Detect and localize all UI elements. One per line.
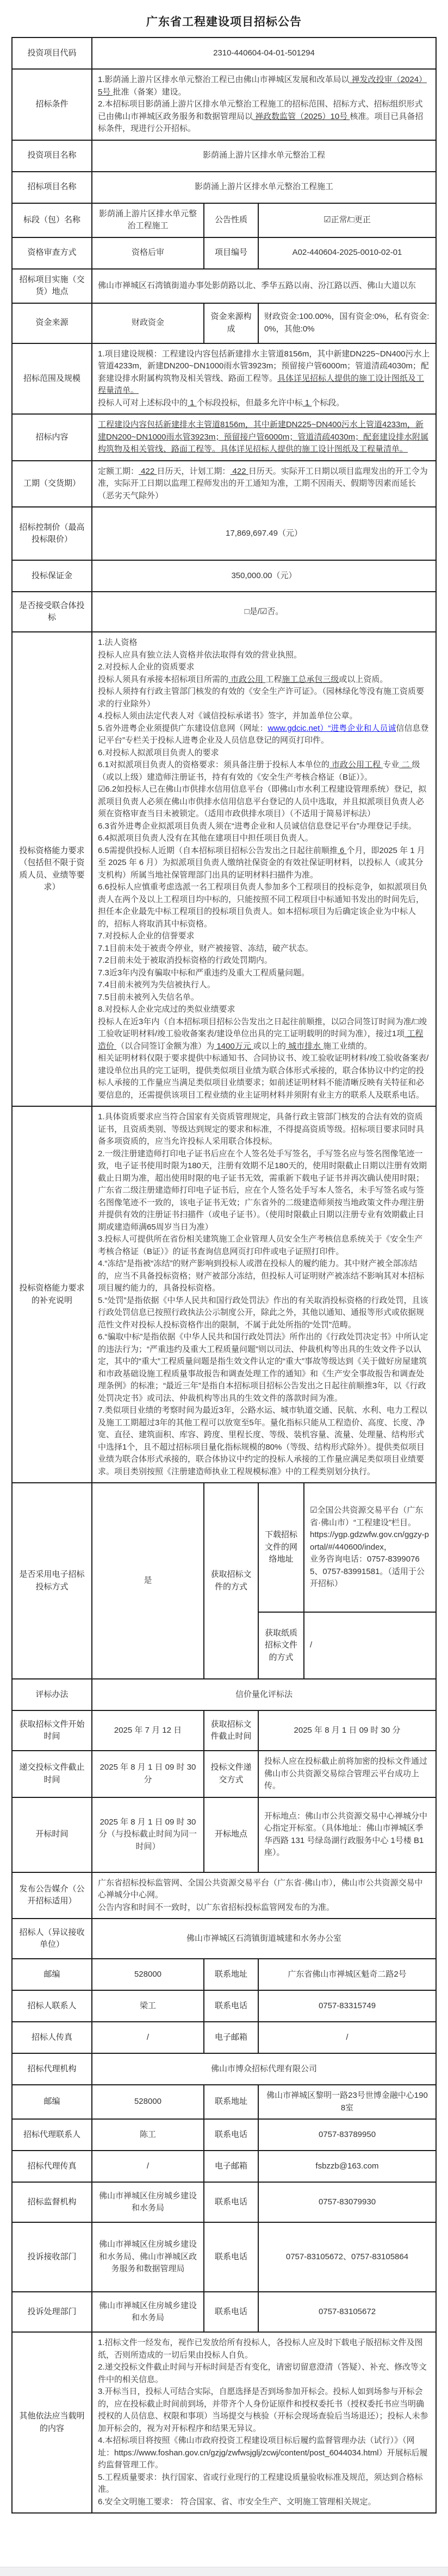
label-project-number: 项目编号 [204, 237, 258, 269]
label-other-contents: 其他依法应当载明的内容 [12, 2332, 92, 2513]
table-row: 招标代理联系人 陈工 联系电话 0757-83789950 [12, 2119, 436, 2151]
text-segment: ☑全国公共资源交易平台（广东省·佛山市）“工程建设”栏目。 [310, 1506, 423, 1527]
table-row: 投诉处理部门 佛山市禅城区住房城乡建设和水务局 联系电话 0757-831056… [12, 2292, 436, 2332]
table-row: 招标内容 工程建设内容包括新建排水主管道8156m，其中新建DN225~DN40… [12, 414, 436, 461]
table-row: 开标时间 2025 年 8 月 1 日 09 时 30 分（与投标截止时间为同一… [12, 1797, 436, 1872]
table-row: 招标项目实施（交货）地点 佛山市禅城区石湾镇街道办事处影荫路以北、季华五路以南、… [12, 269, 436, 303]
label-agency-contact: 招标代理联系人 [12, 2119, 92, 2151]
text-segment: 施工业绩的。 [323, 1042, 372, 1051]
value-project-number: A02-440604-2025-0010-02-01 [258, 237, 436, 269]
text-segment: 专业 [383, 760, 399, 769]
text-segment: 投标人在近3年内（自本招标项目招标公告发出之日起往前顺推，以☑合同签订时间为准/… [98, 1017, 427, 1039]
value-tenderer-postcode: 528000 [92, 1959, 204, 1990]
value-complaint-handler-phone: 0757-83105672 [258, 2292, 436, 2332]
label-bid-opening-time: 开标时间 [12, 1797, 92, 1872]
label-bid-submit-method: 投标文件递交方式 [204, 1751, 258, 1797]
value-tenderer: 佛山市禅城区石湾镇街道城建和水务办公室 [92, 1919, 436, 1959]
text-segment: 工程建设内容包括新建排水主管道8156m，其中新建DN225~DN400污水上管… [98, 420, 428, 454]
text-segment: 5.省外进粤企业须提供广东建设信息网（网址： [98, 724, 268, 733]
value-doc-obtain-start: 2025 年 7 月 12 日 [92, 1710, 204, 1751]
text-segment: 或以上资质。 [339, 675, 388, 684]
label-location: 招标项目实施（交货）地点 [12, 269, 92, 303]
table-row: 邮编 528000 联系地址 佛山市禅城区黎明一路23号世博金融中心1908室 [12, 2085, 436, 2119]
text-segment: 批准（备案）建设。 [113, 87, 186, 97]
label-notice-nature: 公告性质 [204, 203, 258, 237]
inline-link[interactable]: www.gdcic.net）“进粤企业和人员诚 [268, 724, 396, 733]
value-scope: 1.项目建设规模：工程建设内容包括新建排水主管道8156m，其中新建DN225~… [92, 343, 436, 415]
label-complaint-handler-phone: 联系电话 [204, 2292, 258, 2332]
text-segment: 公告内容和时间不一致时，以广东省招标投标监管网发布的为准。 [98, 1903, 334, 1912]
value-agency: 佛山市博众招标代理有限公司 [92, 2053, 436, 2085]
label-evaluation-method: 评标办法 [12, 1679, 92, 1710]
value-announcement-media: 广东省招标投标监管网、全国公共资源交易平台（广东省·佛山市），佛山市公共资源交易… [92, 1872, 436, 1919]
text-segment: 相关证明材料仅限于要求提供中标通知书、合同协议书、竣工验收证明材料/竣工验收备案… [98, 1054, 428, 1100]
text-segment: 投标人须持有行政主管部门核发的有效的《安全生产许可证》。（园林绿化等没有施工资质… [98, 687, 424, 709]
text-segment: 1.招标文件一经发布，视作已发放给所有投标人，各投标人应及时下载电子版招标文件及… [98, 2338, 423, 2360]
label-consortium: 是否接受联合体投标 [12, 592, 92, 632]
label-scope: 招标范围及规模 [12, 343, 92, 415]
tender-announcement-table: 投资项目代码 2310-440604-04-01-501294 招标条件 1.影… [11, 37, 437, 2514]
label-tenderer-phone: 联系电话 [204, 1990, 258, 2022]
text-segment: 个标段投标，但最多允许中标 [197, 398, 303, 408]
table-row: 招标人（异议接收单位） 佛山市禅城区石湾镇街道城建和水务办公室 [12, 1919, 436, 1959]
text-segment: 工程 [265, 675, 282, 684]
value-control-price: 17,869,697.49（元） [92, 507, 436, 560]
value-tenderer-address: 广东省佛山市禅城区魁奇二路2号 [258, 1959, 436, 1990]
label-electronic-bidding: 是否采用电子招标投标方式 [12, 1483, 92, 1679]
table-row: 评标办法 信价量化评标法 [12, 1679, 436, 1710]
label-agency-phone: 联系电话 [204, 2119, 258, 2151]
label-complaint-receiver: 投诉接收部门 [12, 2222, 92, 2292]
text-segment: 4.本招标项目将按照《佛山市政府投资工程建设项目标后履约监督管理办法（试行）》（… [98, 2436, 428, 2470]
text-segment: 2.递交投标文件截止时间与开标时间是否有变化，请密切留意澄清（答疑）、补充、修改… [98, 2362, 427, 2384]
value-agency-contact: 陈工 [92, 2119, 204, 2151]
label-obtain-method: 获取招标文件的方式 [204, 1483, 258, 1679]
value-fund-source: 财政资金 [92, 303, 204, 343]
table-row: 投标资格能力要求（包括但不限于资质人员、业绩等要求） 1.法人资格投标人应具有独… [12, 632, 436, 1106]
value-complaint-receiver-phone: 0757-83105672、0757-83105864 [258, 2222, 436, 2292]
text-segment: 1.具体资质要求应当符合国家有关资质管理规定，具备行政主管部门核发的合法有效的资… [98, 1112, 424, 1146]
value-evaluation-method: 信价量化评标法 [92, 1679, 436, 1710]
value-bid-submit-deadline: 2025 年 8 月 1 日 09 时 30 分 [92, 1751, 204, 1797]
table-row: 招标代理传真 / 电子邮箱 fsbzzb@163.com [12, 2151, 436, 2182]
value-fund-composition: 财政资金:100.00%，国有资金:0%，私有资金:0%，其他:0% [258, 303, 436, 343]
value-bid-bond: 350,000.00（元） [92, 560, 436, 592]
value-qualification-notes: 1.具体资质要求应当符合国家有关资质管理规定，具备行政主管部门核发的合法有效的资… [92, 1106, 436, 1483]
table-row: 投资项目名称 影荫涌上游片区排水单元整治工程 [12, 140, 436, 172]
text-segment: 7.类似项目业绩的考察时间为最近3年，公路水运、城市轨道交通、民航、水利、电力工… [98, 1406, 427, 1476]
value-agency-address: 佛山市禅城区黎明一路23号世博金融中心1908室 [258, 2085, 436, 2119]
text-segment: 422 [230, 467, 248, 476]
text-segment: 6.3省外进粤企业拟派项目负责人须在“进粤企业和人员诚信信息登记平台”办理登记手… [98, 822, 416, 831]
label-duration: 工期（交货期） [12, 461, 92, 507]
label-project-code: 投资项目代码 [12, 37, 92, 69]
text-segment: 日历天，计划工期： [157, 467, 230, 476]
page-bottom-strip [0, 2567, 448, 2576]
text-segment: 投标人应具有独立法人资格并依法取得有效的营业执照。 [98, 650, 302, 660]
text-segment: 7.5目前未被列入失信名单。 [98, 993, 199, 1002]
value-qualification-method: 资格后审 [92, 237, 204, 269]
value-agency-email: fsbzzb@163.com [258, 2151, 436, 2182]
table-row: 招标控制价（最高投标限价） 17,869,697.49（元） [12, 507, 436, 560]
label-tender-content: 招标内容 [12, 414, 92, 461]
page-title: 广东省工程建设项目招标公告 [0, 13, 448, 29]
value-location: 佛山市禅城区石湾镇街道办事处影荫路以北、季华五路以南、汾江路以西、佛山大道以东 [92, 269, 436, 303]
label-tenderer-fax: 招标人传真 [12, 2022, 92, 2053]
text-segment: https://ygp.gdzwfw.gov.cn/ggzy-portal/#/… [310, 1530, 429, 1552]
value-download-address: ☑全国公共资源交易平台（广东省·佛山市）“工程建设”栏目。https://ygp… [304, 1483, 436, 1612]
label-complaint-receiver-phone: 联系电话 [204, 2222, 258, 2292]
label-tenderer-email: 电子邮箱 [204, 2022, 258, 2053]
label-tender-project-name: 招标项目名称 [12, 172, 92, 203]
value-complaint-receiver: 佛山市禅城区住房城乡建设和水务局、佛山市禅城区政务服务和数据管理局 [92, 2222, 204, 2292]
text-segment: 市政公用 [228, 675, 265, 684]
value-tenderer-contact: 梁工 [92, 1990, 204, 2022]
label-agency-fax: 招标代理传真 [12, 2151, 92, 2182]
text-segment: 7.对投标人企业的信誉要求 [98, 931, 195, 941]
label-doc-obtain-start: 获取招标文件开始时间 [12, 1710, 92, 1751]
text-segment: 6.5需提供投标人近期（自本招标项目招标公告发出之日起往前顺推 [98, 846, 338, 855]
table-row: 投诉接收部门 佛山市禅城区住房城乡建设和水务局、佛山市禅城区政务服务和数据管理局… [12, 2222, 436, 2292]
text-segment: 6.对投标人拟派项目负责人的要求 [98, 748, 219, 757]
text-segment: 4.“冻结”是指被“冻结”的财产影响到投标人或潜在投标人的履约能力。其中财产被全… [98, 1259, 424, 1293]
text-segment: 422 [139, 467, 157, 476]
text-segment: 6.6投标人应慎重考虑选派一名工程项目负责人参加多个工程项目的投标竞争，如拟派项… [98, 882, 427, 929]
table-row: 招标人联系人 梁工 联系电话 0757-83315749 [12, 1990, 436, 2022]
text-segment: 禅政数监管（2025）10号 [253, 112, 350, 121]
value-notice-nature: ☑正常/□更正 [258, 203, 436, 237]
text-segment: 6 [338, 846, 347, 855]
table-row: 投标保证金 350,000.00（元） [12, 560, 436, 592]
table-row: 邮编 528000 联系地址 广东省佛山市禅城区魁奇二路2号 [12, 1959, 436, 1990]
label-agency-email: 电子邮箱 [204, 2151, 258, 2182]
text-segment: 5.工程质量要求：执行国家、省或行业现行的工程建设质量验收标准及规范，须达到合格… [98, 2473, 423, 2494]
text-segment: 6.4拟派项目负责人没有在其他在建项目中担任项目负责人。 [98, 833, 313, 843]
table-row: 发布公告媒介（公开招标适用） 广东省招标投标监管网、全国公共资源交易平台（广东省… [12, 1872, 436, 1919]
label-download-address: 下载招标文件的网络地址 [258, 1483, 304, 1612]
text-segment: 1.影荫涌上游片区排水单元整治工程已由佛山市禅城区发展和改革局以 [98, 75, 350, 84]
text-segment: 或以上的 [253, 1042, 286, 1051]
value-tenderer-fax: / [92, 2022, 204, 2053]
value-agency-phone: 0757-83789950 [258, 2119, 436, 2151]
text-segment: 6.安全文明施工要求： 符合国家、省、市安全生产、文明施工管理相关规定。 [98, 2497, 376, 2506]
label-control-price: 招标控制价（最高投标限价） [12, 507, 92, 560]
label-tenderer-address: 联系地址 [204, 1959, 258, 1990]
text-segment: ☑6.2如投标人已在佛山市供排水信用信息平台（即佛山市水利工程建设管理系统）登记… [98, 785, 426, 818]
text-segment: 7.3近3年内没有骗取中标和严重违约及重大工程质量问题。 [98, 968, 309, 977]
value-agency-postcode: 528000 [92, 2085, 204, 2119]
value-doc-obtain-end: 2025 年 8 月 1 日 09 时 30 分 [258, 1710, 436, 1751]
value-tender-content: 工程建设内容包括新建排水主管道8156m，其中新建DN225~DN400污水上管… [92, 414, 436, 461]
label-paper-method: 获取纸质招标文件的方式 [258, 1612, 304, 1679]
text-segment: 二 [399, 760, 412, 769]
value-electronic-bidding: 是 [92, 1483, 204, 1679]
table-row: 标段（包）名称 影荫涌上游片区排水单元整治工程施工 公告性质 ☑正常/□更正 [12, 203, 436, 237]
table-row: 递交投标文件截止时间 2025 年 8 月 1 日 09 时 30 分 投标文件… [12, 1751, 436, 1797]
text-segment: 城市排水 [286, 1042, 323, 1051]
table-row: 招标条件 1.影荫涌上游片区排水单元整治工程已由佛山市禅城区发展和改革局以 禅发… [12, 69, 436, 140]
table-row: 招标监督机构 佛山市禅城区住房城乡建设和水务局 联系电话 0757-830799… [12, 2182, 436, 2222]
value-tenderer-phone: 0757-83315749 [258, 1990, 436, 2022]
label-qualification-notes: 投标资格能力要求的补充说明 [12, 1106, 92, 1483]
table-row: 工期（交货期） 定额工期： 422 日历天，计划工期： 422 日历天。实际开工… [12, 461, 436, 507]
table-row: 其他依法应当载明的内容 1.招标文件一经发布，视作已发放给所有投标人，各投标人应… [12, 2332, 436, 2513]
table-row: 资金来源 财政资金 资金来源构成 财政资金:100.00%，国有资金:0%，私有… [12, 303, 436, 343]
text-segment: 业务咨询电话：0757-83990765、0757-83991581。（适用于公… [310, 1555, 425, 1588]
value-paper-method: / [304, 1612, 436, 1679]
label-agency-address: 联系地址 [204, 2085, 258, 2119]
label-announcement-media: 发布公告媒介（公开招标适用） [12, 1872, 92, 1919]
text-segment: 8.对投标人企业完成过的类似业绩要求 [98, 1005, 235, 1014]
text-segment: 1 [303, 398, 312, 408]
text-segment: 6.1对拟派项目负责人的资格要求：须具备注册于投标人本单位的 [98, 760, 329, 769]
value-project-code: 2310-440604-04-01-501294 [92, 37, 436, 69]
text-segment: 投标人可对上述标段中的 [98, 398, 188, 408]
table-row: 是否接受联合体投标 □是/☑否。 [12, 592, 436, 632]
label-section-name: 标段（包）名称 [12, 203, 92, 237]
value-consortium: □是/☑否。 [92, 592, 436, 632]
text-segment: 市政公用工程 [329, 760, 383, 769]
text-segment: 5.“处罚”是指依据《中华人民共和国行政处罚法》作出的有关取消投标资格的行政处罚… [98, 1296, 428, 1330]
label-tenderer: 招标人（异议接收单位） [12, 1919, 92, 1959]
text-segment: 1400万元 [214, 1042, 253, 1051]
text-segment: 7.4目前未被列为失信被执行人。 [98, 980, 215, 989]
label-tender-conditions: 招标条件 [12, 69, 92, 140]
label-tenderer-postcode: 邮编 [12, 1959, 92, 1990]
label-fund-composition: 资金来源构成 [204, 303, 258, 343]
label-bid-bond: 投标保证金 [12, 560, 92, 592]
value-bid-opening-time: 2025 年 8 月 1 日 09 时 30 分（与投标截止时间为同一时间） [92, 1797, 204, 1872]
table-row: 投标资格能力要求的补充说明 1.具体资质要求应当符合国家有关资质管理规定，具备行… [12, 1106, 436, 1483]
table-row: 获取招标文件开始时间 2025 年 7 月 12 日 获取招标文件截止时间 20… [12, 1710, 436, 1751]
table-row: 招标范围及规模 1.项目建设规模：工程建设内容包括新建排水主管道8156m，其中… [12, 343, 436, 415]
label-agency-postcode: 邮编 [12, 2085, 92, 2119]
label-qualification-method: 资格审查方式 [12, 237, 92, 269]
value-section-name: 影荫涌上游片区排水单元整治工程施工 [92, 203, 204, 237]
label-bid-opening-place: 开标地点 [204, 1797, 258, 1872]
text-segment: 6.“骗取中标”是指依据《中华人民共和国行政处罚法》所作出的《行政处罚决定书》中… [98, 1332, 428, 1403]
label-supervisor-phone: 联系电话 [204, 2182, 258, 2222]
label-complaint-handler: 投诉处理部门 [12, 2292, 92, 2332]
text-segment: 7.2目前未处于被取消投标资格的行政处罚期内。 [98, 956, 272, 965]
text-segment: 4.投标人须由法定代表人对《诚信投标承诺书》签字，并加盖单位公章。 [98, 711, 358, 720]
value-bid-opening-place: 开标地点：佛山市公共资源交易中心禅城分中心指定开标室。（具体地址：佛山市禅城区季… [258, 1797, 436, 1872]
text-segment: 3.开标当日，投标人可结合实际，自愿选择是否到场参加开标会。投标人如到场参与开标… [98, 2387, 428, 2433]
text-segment: 7.1目前未处于被责令停业，财产被接管、冻结，破产状态。 [98, 944, 313, 953]
text-segment: 施工总承包三级 [282, 675, 339, 684]
value-agency-fax: / [92, 2151, 204, 2182]
value-duration: 定额工期： 422 日历天，计划工期： 422 日历天。实际开工日期以项目监理发… [92, 461, 436, 507]
table-row: 投资项目代码 2310-440604-04-01-501294 [12, 37, 436, 69]
text-segment: 广东省招标投标监管网、全国公共资源交易平台（广东省·佛山市），佛山市公共资源交易… [98, 1878, 423, 1900]
text-segment: 投标人须具有承接本招标项目所需的 [98, 675, 228, 684]
value-tender-conditions: 1.影荫涌上游片区排水单元整治工程已由佛山市禅城区发展和改革局以 禅发改投审（2… [92, 69, 436, 140]
text-segment: 个标段。 [312, 398, 344, 408]
value-supervisor-phone: 0757-83079930 [258, 2182, 436, 2222]
table-row: 招标人传真 / 电子邮箱 / [12, 2022, 436, 2053]
value-supervisor: 佛山市禅城区住房城乡建设和水务局 [92, 2182, 204, 2222]
label-supervisor: 招标监督机构 [12, 2182, 92, 2222]
label-tenderer-contact: 招标人联系人 [12, 1990, 92, 2022]
text-segment: 1.法人资格 [98, 638, 138, 647]
table-row: 是否采用电子招标投标方式 是 获取招标文件的方式 下载招标文件的网络地址 ☑全国… [12, 1483, 436, 1612]
text-segment: 1 [188, 398, 197, 408]
label-agency: 招标代理机构 [12, 2053, 92, 2085]
value-bid-submit-method: 投标人应在投标截止前将加密的投标文件通过佛山市公共资源交易综合管理云平台成功上传… [258, 1751, 436, 1797]
label-doc-obtain-end: 获取招标文件截止时间 [204, 1710, 258, 1751]
table-row: 招标代理机构 佛山市博众招标代理有限公司 [12, 2053, 436, 2085]
text-segment: 定额工期： [98, 467, 139, 476]
value-tender-project-name: 影荫涌上游片区排水单元整治工程施工 [92, 172, 436, 203]
label-bid-submit-deadline: 递交投标文件截止时间 [12, 1751, 92, 1797]
text-segment: 2.一级注册建造师打印电子证书后应在个人签名处手写签名，手写签名应与签名图像笔迹… [98, 1149, 427, 1232]
table-row: 招标项目名称 影荫涌上游片区排水单元整治工程施工 [12, 172, 436, 203]
value-qualification-req: 1.法人资格投标人应具有独立法人资格并依法取得有效的营业执照。2.对投标人企业的… [92, 632, 436, 1106]
value-tenderer-email: / [258, 2022, 436, 2053]
text-segment: （以合同签订金额为准）为 [116, 1042, 214, 1051]
tender-announcement-page: 广东省工程建设项目招标公告 投资项目代码 2310-440604-04-01-5… [0, 13, 448, 2576]
label-invest-project-name: 投资项目名称 [12, 140, 92, 172]
label-qualification-req: 投标资格能力要求（包括但不限于资质人员、业绩等要求） [12, 632, 92, 1106]
text-segment: 3.投标人可提供所在省份相关建筑施工企业管理人员安全生产考核信息系统关于《安全生… [98, 1234, 423, 1256]
text-segment: 2.对投标人企业的资质要求 [98, 662, 195, 672]
table-row: 资格审查方式 资格后审 项目编号 A02-440604-2025-0010-02… [12, 237, 436, 269]
value-invest-project-name: 影荫涌上游片区排水单元整治工程 [92, 140, 436, 172]
label-fund-source: 资金来源 [12, 303, 92, 343]
value-complaint-handler: 佛山市禅城区住房城乡建设和水务局 [92, 2292, 204, 2332]
value-other-contents: 1.招标文件一经发布，视作已发放给所有投标人，各投标人应及时下载电子版招标文件及… [92, 2332, 436, 2513]
